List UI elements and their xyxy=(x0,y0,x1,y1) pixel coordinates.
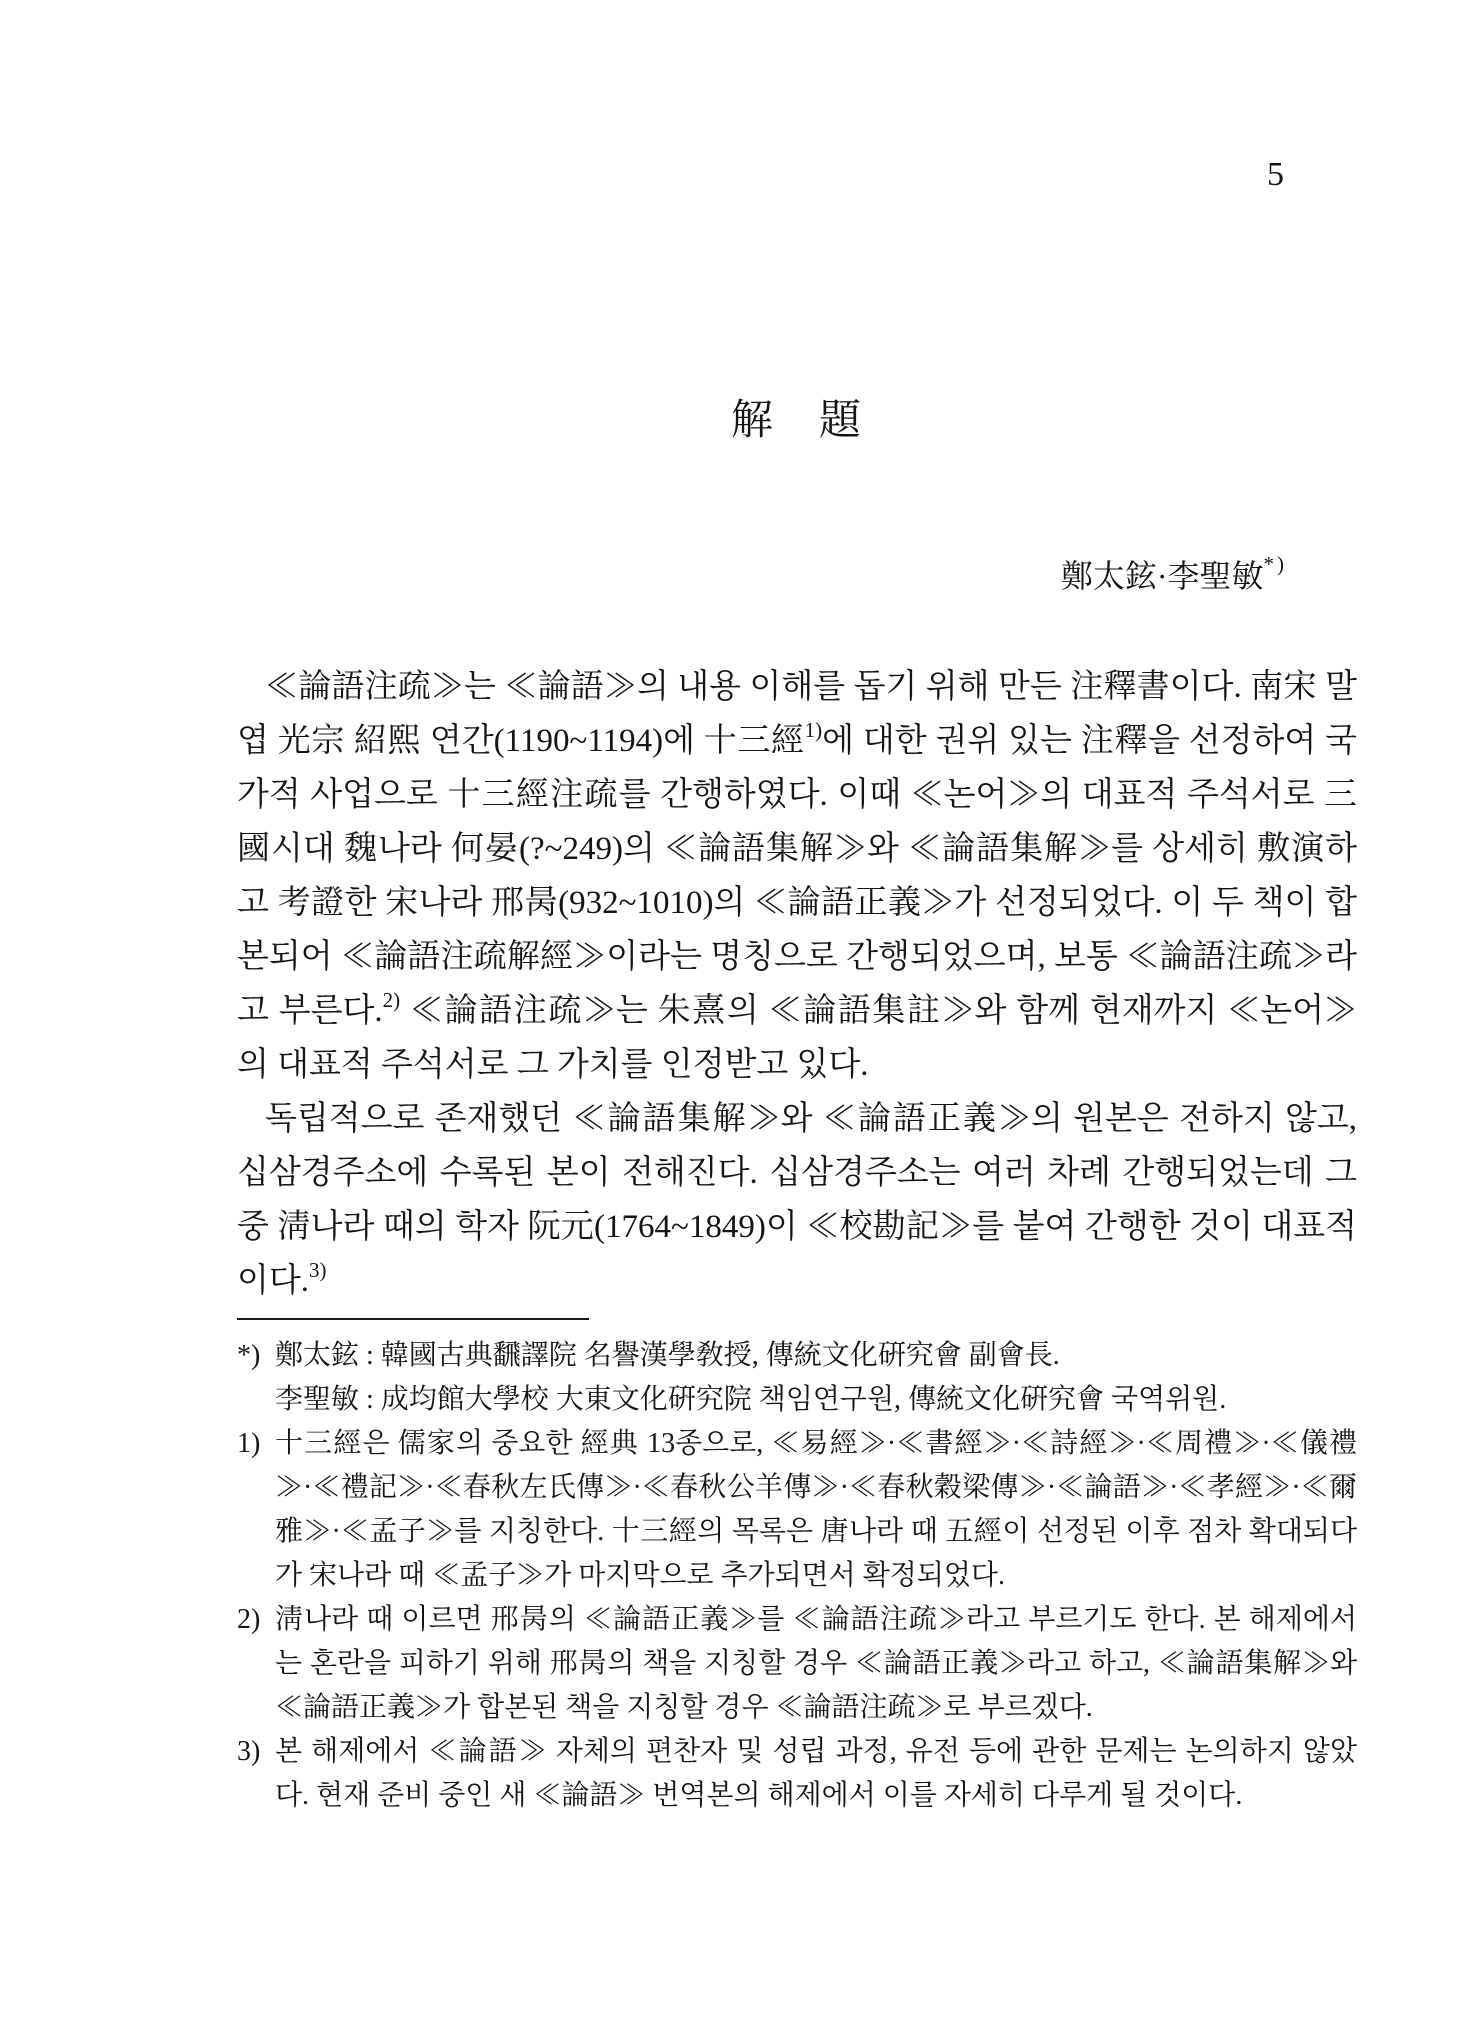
footnote-marker: *) xyxy=(237,1334,275,1422)
body-text-segment: 독립적으로 존재했던 ≪論語集解≫와 ≪論語正義≫의 원본은 전하지 않고, 십… xyxy=(237,1101,1357,1299)
body-paragraph: 독립적으로 존재했던 ≪論語集解≫와 ≪論語正義≫의 원본은 전하지 않고, 십… xyxy=(237,1092,1357,1308)
footnote-entry: 3)본 해제에서 ≪論語≫ 자체의 편찬자 및 성립 과정, 유전 등에 관한 … xyxy=(237,1730,1357,1818)
footnote-entry: 1)十三經은 儒家의 중요한 經典 13종으로, ≪易經≫·≪書經≫·≪詩經≫·… xyxy=(237,1422,1357,1598)
footnote-entry: 2)淸나라 때 이르면 邢昺의 ≪論語正義≫를 ≪論語注疏≫라고 부르기도 한다… xyxy=(237,1598,1357,1730)
footnote-line: 淸나라 때 이르면 邢昺의 ≪論語正義≫를 ≪論語注疏≫라고 부르기도 한다. … xyxy=(275,1598,1357,1730)
page-title: 解 題 xyxy=(237,398,1357,444)
footnote-text: 鄭太鉉 : 韓國古典飜譯院 名譽漢學敎授, 傳統文化硏究會 副會長.李聖敏 : … xyxy=(275,1334,1357,1422)
footnote-text: 본 해제에서 ≪論語≫ 자체의 편찬자 및 성립 과정, 유전 등에 관한 문제… xyxy=(275,1730,1357,1818)
body-paragraph: ≪論語注疏≫는 ≪論語≫의 내용 이해를 돕기 위해 만든 注釋書이다. 南宋 … xyxy=(237,660,1357,1092)
footnote-entry: *)鄭太鉉 : 韓國古典飜譯院 名譽漢學敎授, 傳統文化硏究會 副會長.李聖敏 … xyxy=(237,1334,1357,1422)
page-content: 解 題 鄭太鉉·李聖敏*) ≪論語注疏≫는 ≪論語≫의 내용 이해를 돕기 위해… xyxy=(237,0,1357,1818)
body-text: ≪論語注疏≫는 ≪論語≫의 내용 이해를 돕기 위해 만든 注釋書이다. 南宋 … xyxy=(237,660,1357,1308)
footnote-separator xyxy=(237,1318,589,1320)
author-names: 鄭太鉉·李聖敏 xyxy=(1061,558,1264,594)
footnote-marker: 1) xyxy=(237,1422,275,1598)
page: 5 解 題 鄭太鉉·李聖敏*) ≪論語注疏≫는 ≪論語≫의 내용 이해를 돕기 … xyxy=(0,0,1480,2024)
footnotes: *)鄭太鉉 : 韓國古典飜譯院 名譽漢學敎授, 傳統文化硏究會 副會長.李聖敏 … xyxy=(237,1334,1357,1818)
body-text-segment: 에 대한 권위 있는 注釋을 선정하여 국가적 사업으로 十三經注疏를 간행하였… xyxy=(237,723,1357,1029)
footnote-marker: 3) xyxy=(237,1730,275,1818)
footnote-line: 본 해제에서 ≪論語≫ 자체의 편찬자 및 성립 과정, 유전 등에 관한 문제… xyxy=(275,1730,1357,1818)
footnote-ref: 2) xyxy=(383,988,401,1012)
footnote-line: 鄭太鉉 : 韓國古典飜譯院 名譽漢學敎授, 傳統文化硏究會 副會長. xyxy=(275,1334,1357,1378)
footnote-ref: 1) xyxy=(805,718,823,742)
footnote-marker: 2) xyxy=(237,1598,275,1730)
footnote-text: 十三經은 儒家의 중요한 經典 13종으로, ≪易經≫·≪書經≫·≪詩經≫·≪周… xyxy=(275,1422,1357,1598)
footnote-line: 李聖敏 : 成均館大學校 大東文化硏究院 책임연구원, 傳統文化硏究會 국역위원… xyxy=(275,1378,1357,1422)
author-footnote-ref: *) xyxy=(1264,552,1288,576)
footnote-ref: 3) xyxy=(309,1258,327,1282)
body-text-segment: ≪論語注疏≫는 朱熹의 ≪論語集註≫와 함께 현재까지 ≪논어≫의 대표적 주석… xyxy=(237,993,1357,1083)
footnote-text: 淸나라 때 이르면 邢昺의 ≪論語正義≫를 ≪論語注疏≫라고 부르기도 한다. … xyxy=(275,1598,1357,1730)
footnote-line: 十三經은 儒家의 중요한 經典 13종으로, ≪易經≫·≪書經≫·≪詩經≫·≪周… xyxy=(275,1422,1357,1598)
authors-line: 鄭太鉉·李聖敏*) xyxy=(237,556,1357,596)
